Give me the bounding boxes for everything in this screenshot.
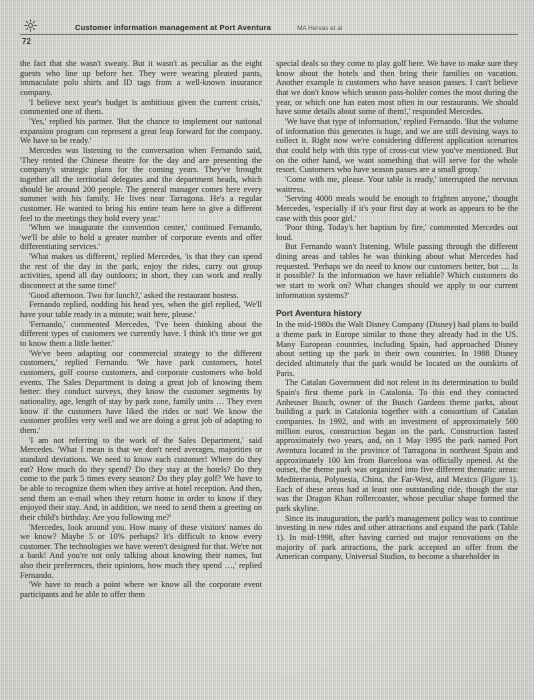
- paragraph: 'We have to reach a point where we know …: [20, 580, 262, 599]
- article-body: the fact that she wasn't sweaty. But it …: [20, 59, 518, 600]
- paragraph: Since its inauguration, the park's manag…: [276, 514, 518, 562]
- paragraph: The Catalan Government did not relent in…: [276, 378, 518, 513]
- sun-icon: [24, 19, 37, 32]
- paragraph: 'Serving 4000 meals would be enough to f…: [276, 194, 518, 223]
- paragraph: Mercedes was listening to the conversati…: [20, 146, 262, 223]
- right-column: special deals so they come to play golf …: [276, 59, 518, 600]
- left-column: the fact that she wasn't sweaty. But it …: [20, 59, 262, 600]
- paragraph: Fernando replied, nodding his head yes, …: [20, 300, 262, 319]
- section-heading: Port Aventura history: [276, 308, 518, 318]
- page-number: 72: [22, 37, 518, 46]
- journal-page: Customer information management at Port …: [0, 0, 534, 700]
- paragraph: 'I am not referring to the work of the S…: [20, 436, 262, 523]
- paragraph: 'Come with me, please. Your table is rea…: [276, 175, 518, 194]
- paragraph: 'When we inaugurate the convention cente…: [20, 223, 262, 252]
- paragraph: special deals so they come to play golf …: [276, 59, 518, 117]
- paragraph: 'Good afternoon. Two for lunch?,' asked …: [20, 291, 262, 301]
- paragraph: 'We have that type of information,' repl…: [276, 117, 518, 175]
- running-header: Customer information management at Port …: [20, 14, 518, 35]
- paragraph: 'Fernando,' commented Mercedes, 'I've be…: [20, 320, 262, 349]
- article-title: Customer information management at Port …: [75, 23, 271, 32]
- paragraph: 'Mercedes, look around you. How many of …: [20, 523, 262, 581]
- paragraph: 'What makes us different,' replied Merce…: [20, 252, 262, 291]
- paragraph: 'We've been adapting our commercial stra…: [20, 349, 262, 436]
- paragraph: But Fernando wasn't listening. While pas…: [276, 242, 518, 300]
- article-authors: MA Hervas et al: [297, 25, 342, 32]
- paragraph: In the mid-1980s the Walt Disney Company…: [276, 320, 518, 378]
- paragraph: the fact that she wasn't sweaty. But it …: [20, 59, 262, 98]
- paragraph: 'I believe next year's budget is ambitio…: [20, 98, 262, 117]
- paragraph: 'Yes,' replied his partner. 'But the cha…: [20, 117, 262, 146]
- paragraph: 'Poor thing. Today's her baptism by fire…: [276, 223, 518, 242]
